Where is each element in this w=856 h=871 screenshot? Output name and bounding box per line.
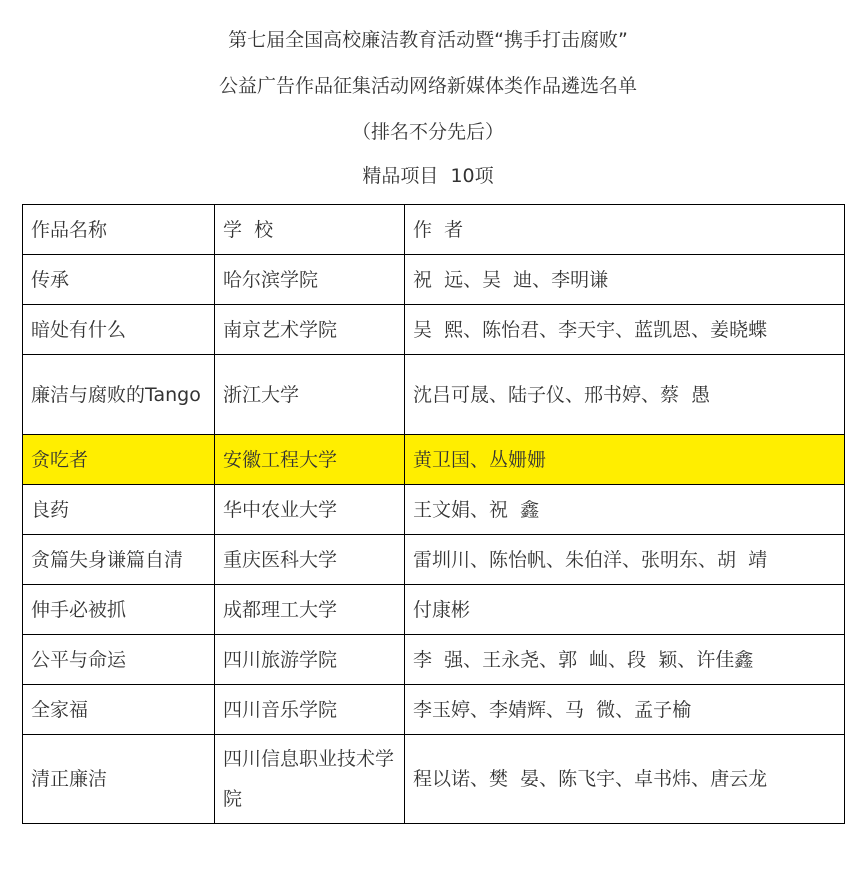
table-header-row: 作品名称 学 校 作 者 [23, 205, 845, 255]
work-name: 伸手必被抓 [23, 585, 215, 635]
header-school: 学 校 [215, 205, 405, 255]
work-name: 公平与命运 [23, 635, 215, 685]
document-title-line1: 第七届全国高校廉洁教育活动暨“携手打击腐败” [0, 28, 856, 52]
authors: 吴 熙、陈怡君、李天宇、蓝凯恩、姜晓蝶 [405, 305, 845, 355]
document-title-line2: 公益广告作品征集活动网络新媒体类作品遴选名单 [0, 74, 856, 98]
school: 四川音乐学院 [215, 685, 405, 735]
table-row: 全家福 四川音乐学院 李玉婷、李婧辉、马 微、孟子榆 [23, 685, 845, 735]
authors: 李 强、王永尧、郭 屾、段 颖、许佳鑫 [405, 635, 845, 685]
category-label: 精品项目 10项 [0, 164, 856, 188]
work-name: 良药 [23, 485, 215, 535]
table-row: 公平与命运 四川旅游学院 李 强、王永尧、郭 屾、段 颖、许佳鑫 [23, 635, 845, 685]
authors: 黄卫国、丛姗姗 [405, 435, 845, 485]
school: 重庆医科大学 [215, 535, 405, 585]
ranking-note: （排名不分先后） [0, 120, 856, 144]
school: 华中农业大学 [215, 485, 405, 535]
work-name: 传承 [23, 255, 215, 305]
authors: 付康彬 [405, 585, 845, 635]
work-name: 贪吃者 [23, 435, 215, 485]
table-row: 清正廉洁 四川信息职业技术学院 程以诺、樊 晏、陈飞宇、卓书炜、唐云龙 [23, 735, 845, 824]
authors: 程以诺、樊 晏、陈飞宇、卓书炜、唐云龙 [405, 735, 845, 824]
table-row-highlighted: 贪吃者 安徽工程大学 黄卫国、丛姗姗 [23, 435, 845, 485]
header-work-name: 作品名称 [23, 205, 215, 255]
school: 南京艺术学院 [215, 305, 405, 355]
authors: 沈吕可晟、陆子仪、邢书婷、蔡 愚 [405, 355, 845, 435]
authors: 雷圳川、陈怡帆、朱伯洋、张明东、胡 靖 [405, 535, 845, 585]
authors: 李玉婷、李婧辉、马 微、孟子榆 [405, 685, 845, 735]
school: 四川旅游学院 [215, 635, 405, 685]
table-row: 良药 华中农业大学 王文娟、祝 鑫 [23, 485, 845, 535]
work-name: 清正廉洁 [23, 735, 215, 824]
table-row: 传承 哈尔滨学院 祝 远、吴 迪、李明谦 [23, 255, 845, 305]
table-row: 贪篇失身谦篇自清 重庆医科大学 雷圳川、陈怡帆、朱伯洋、张明东、胡 靖 [23, 535, 845, 585]
table-row: 伸手必被抓 成都理工大学 付康彬 [23, 585, 845, 635]
table-row: 暗处有什么 南京艺术学院 吴 熙、陈怡君、李天宇、蓝凯恩、姜晓蝶 [23, 305, 845, 355]
school: 成都理工大学 [215, 585, 405, 635]
authors: 祝 远、吴 迪、李明谦 [405, 255, 845, 305]
work-name: 廉洁与腐败的Tango [23, 355, 215, 435]
work-name: 贪篇失身谦篇自清 [23, 535, 215, 585]
school: 哈尔滨学院 [215, 255, 405, 305]
work-name: 全家福 [23, 685, 215, 735]
school: 安徽工程大学 [215, 435, 405, 485]
header-authors: 作 者 [405, 205, 845, 255]
school: 四川信息职业技术学院 [215, 735, 405, 824]
table-row: 廉洁与腐败的Tango 浙江大学 沈吕可晟、陆子仪、邢书婷、蔡 愚 [23, 355, 845, 435]
school: 浙江大学 [215, 355, 405, 435]
works-table: 作品名称 学 校 作 者 传承 哈尔滨学院 祝 远、吴 迪、李明谦 暗处有什么 … [22, 204, 845, 824]
authors: 王文娟、祝 鑫 [405, 485, 845, 535]
work-name: 暗处有什么 [23, 305, 215, 355]
